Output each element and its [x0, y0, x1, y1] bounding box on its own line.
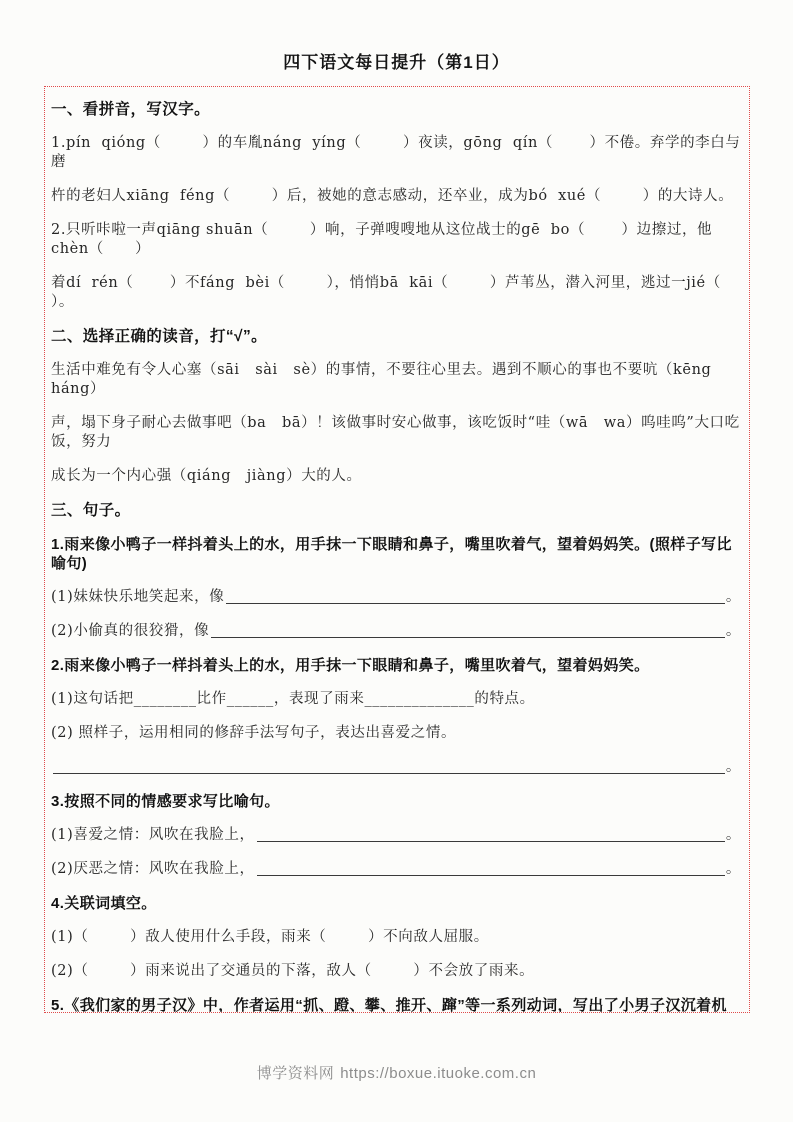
- blank-prefix: (2)厌恶之情：风吹在我脸上，: [51, 860, 255, 879]
- question-1-stem: 1.雨来像小鸭子一样抖着头上的水，用手抹一下眼睛和鼻子，嘴里吹着气，望着妈妈笑。…: [51, 535, 741, 573]
- pinyin-exercise-line-2: 杵的老妇人xiāng féng（ ）后，被她的意志感动，还卒业，成为bó xué…: [51, 187, 741, 206]
- footer-url: https://boxue.ituoke.com.cn: [340, 1065, 536, 1082]
- line-end-period: 。: [726, 758, 741, 777]
- section-three-heading: 三、句子。: [51, 501, 741, 520]
- question-4-sub-1: (1)（ ）敌人使用什么手段，雨来（ ）不向敌人屈服。: [51, 928, 741, 947]
- page-title: 四下语文每日提升（第1日）: [0, 48, 793, 73]
- question-4-stem: 4.关联词填空。: [51, 894, 741, 913]
- answer-blank[interactable]: [53, 773, 725, 774]
- blank-prefix: (1)妹妹快乐地笑起来，像: [51, 588, 224, 607]
- line-end-period: 。: [726, 622, 741, 641]
- pinyin-exercise-line-1: 1.pín qióng（ ）的车胤náng yíng（ ）夜读，gōng qín…: [51, 134, 741, 172]
- line-end-period: 。: [726, 826, 741, 845]
- question-2-answer-line: 。: [51, 758, 741, 777]
- blank-prefix: (2)小偷真的很狡猾，像: [51, 622, 209, 641]
- question-2-sub-2: (2) 照样子，运用相同的修辞手法写句子，表达出喜爱之情。: [51, 724, 741, 743]
- footer-site-name: 博学资料网: [257, 1065, 335, 1082]
- pronunciation-passage-line-3: 成长为一个内心强（qiáng jiàng）大的人。: [51, 467, 741, 486]
- question-1-blank-line-2: (2)小偷真的很狡猾，像 。: [51, 622, 741, 641]
- pronunciation-passage-line-2: 声，塌下身子耐心去做事吧（ba bā）！该做事时安心做事，该吃饭时“哇（wā w…: [51, 414, 741, 452]
- blank-prefix: (1)喜爱之情：风吹在我脸上，: [51, 826, 255, 845]
- answer-blank[interactable]: [257, 875, 725, 876]
- pinyin-exercise-line-3: 2.只听咔啦一声qiāng shuān（ ）响，子弹嗖嗖地从这位战士的gē bo…: [51, 221, 741, 259]
- line-end-period: 。: [726, 588, 741, 607]
- line-end-period: 。: [726, 860, 741, 879]
- worksheet-page: 四下语文每日提升（第1日） 一、看拼音，写汉字。 1.pín qióng（ ）的…: [0, 0, 793, 1122]
- question-4-sub-2: (2)（ ）雨来说出了交通员的下落，敌人（ ）不会放了雨来。: [51, 962, 741, 981]
- answer-blank[interactable]: [226, 603, 725, 604]
- footer-credit: 博学资料网https://boxue.ituoke.com.cn: [0, 1062, 793, 1083]
- section-one-heading: 一、看拼音，写汉字。: [51, 100, 741, 119]
- question-2-stem: 2.雨来像小鸭子一样抖着头上的水，用手抹一下眼睛和鼻子，嘴里吹着气，望着妈妈笑。: [51, 656, 741, 675]
- question-1-blank-line-1: (1)妹妹快乐地笑起来，像 。: [51, 588, 741, 607]
- question-2-sub-1: (1)这句话把________比作______，表现了雨来___________…: [51, 690, 741, 709]
- question-3-blank-line-1: (1)喜爱之情：风吹在我脸上， 。: [51, 826, 741, 845]
- question-5-stem-line-1: 5.《我们家的男子汉》中，作者运用“抓、蹬、攀、推开、蹿”等一系列动词，写出了小…: [51, 996, 741, 1013]
- question-3-stem: 3.按照不同的情感要求写比喻句。: [51, 792, 741, 811]
- question-3-blank-line-2: (2)厌恶之情：风吹在我脸上， 。: [51, 860, 741, 879]
- worksheet-border-box: 一、看拼音，写汉字。 1.pín qióng（ ）的车胤náng yíng（ ）…: [44, 86, 750, 1013]
- answer-blank[interactable]: [211, 637, 725, 638]
- answer-blank[interactable]: [257, 841, 725, 842]
- section-two-heading: 二、选择正确的读音，打“√”。: [51, 327, 741, 346]
- pinyin-exercise-line-4: 着dí rén（ ）不fáng bèi（ ），悄悄bā kāi（ ）芦苇丛，潜入…: [51, 274, 741, 312]
- pronunciation-passage-line-1: 生活中难免有令人心塞（sāi sài sè）的事情，不要往心里去。遇到不顺心的事…: [51, 361, 741, 399]
